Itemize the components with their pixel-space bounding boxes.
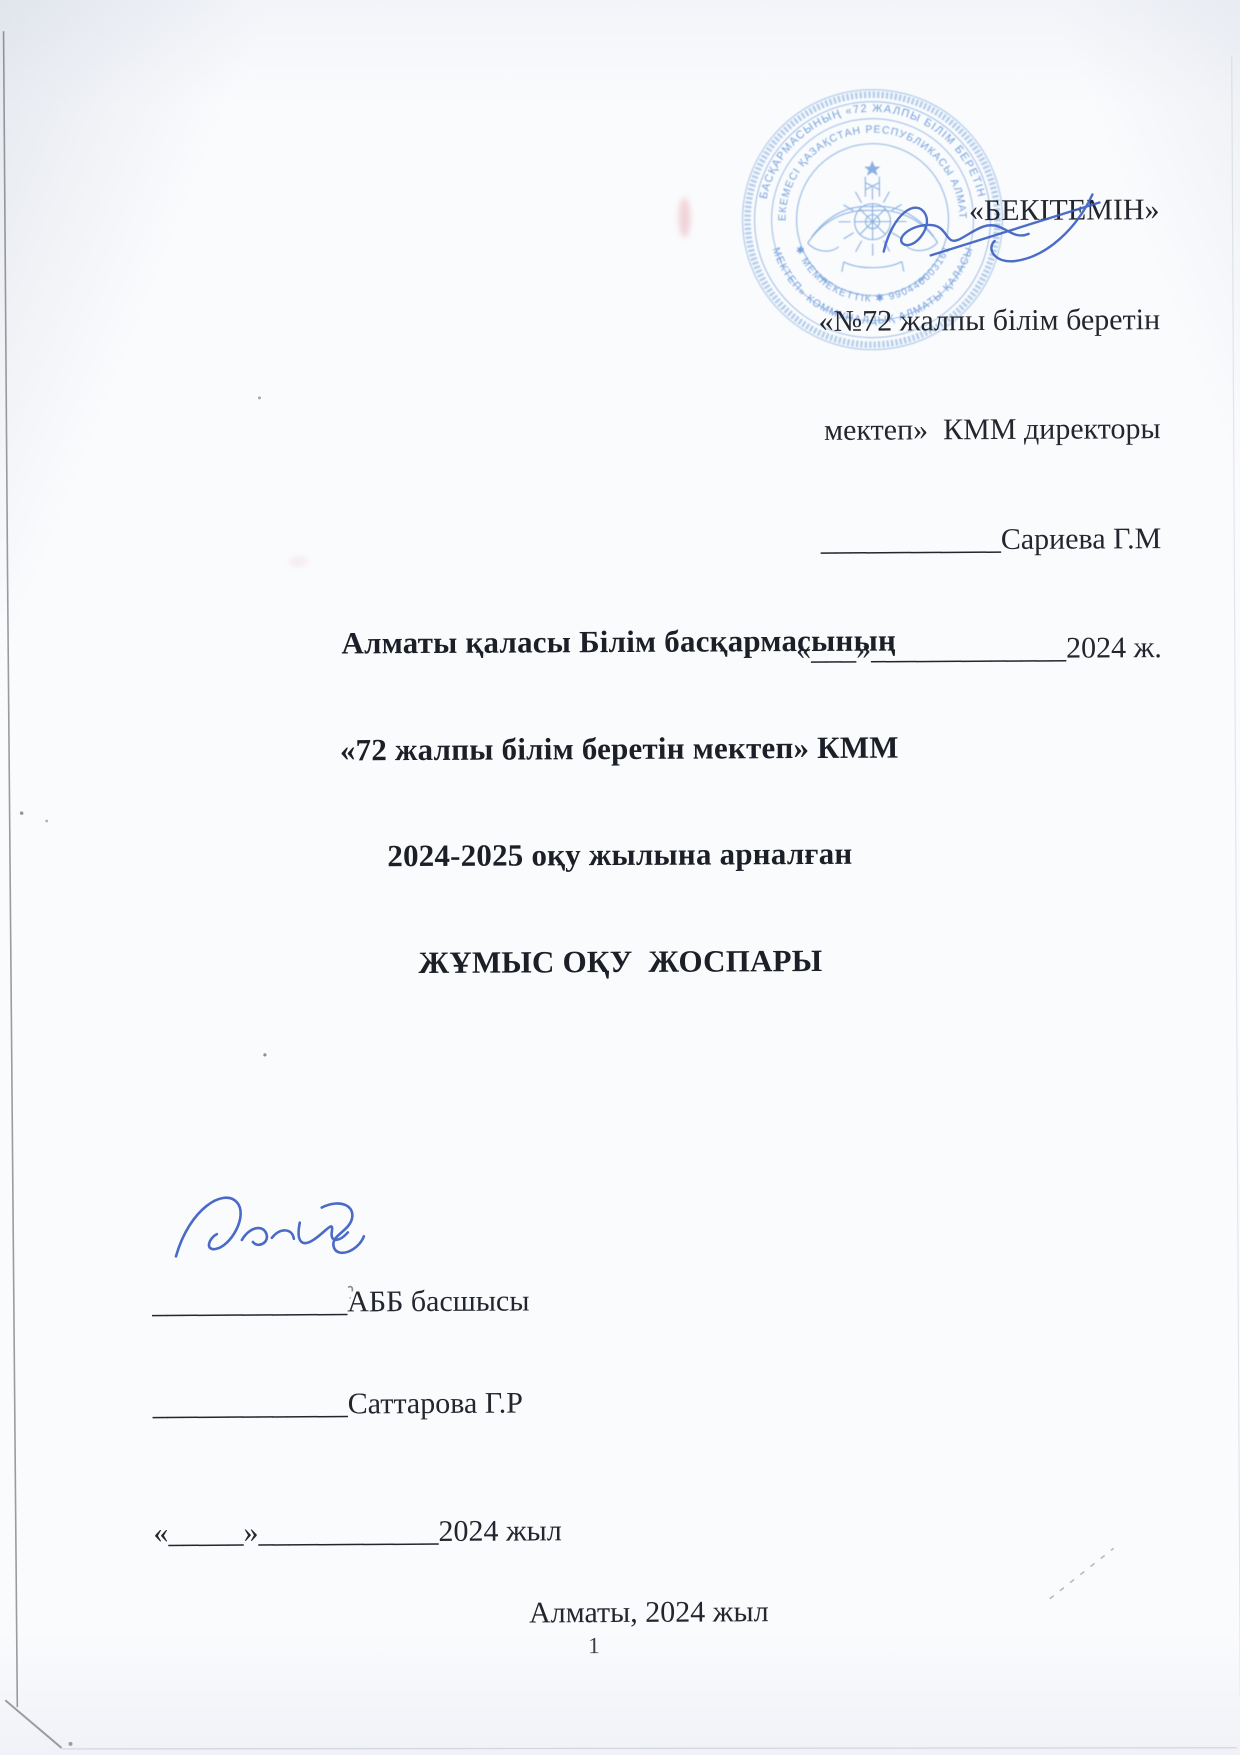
approval-line-approve: «БЕКІТЕМІН»: [794, 192, 1160, 230]
signatory-block: _____________АББ басшысы _____________Са…: [152, 1216, 562, 1618]
signatory-line-date: «_____»____________2024 жыл: [153, 1514, 562, 1550]
scanned-document-page: БАСҚАРМАСЫНЫҢ «72 ЖАЛПЫ БІЛІМ БЕРЕТІН МЕ…: [0, 0, 1240, 1755]
approval-line-school-1: «№72 жалпы білім беретін: [794, 302, 1160, 340]
title-line-2: «72 жалпы білім беретін мектеп» КММ: [0, 727, 1239, 769]
signatory-line-role: _____________АББ басшысы: [152, 1284, 561, 1320]
document-title: Алматы қаласы Білім басқармасының «72 жа…: [0, 550, 1240, 1053]
page-number: 1: [564, 1633, 624, 1659]
title-line-4: ЖҰМЫС ОҚУ ЖОСПАРЫ: [0, 940, 1240, 982]
scan-content: БАСҚАРМАСЫНЫҢ «72 ЖАЛПЫ БІЛІМ БЕРЕТІН МЕ…: [0, 0, 1240, 1755]
title-line-1: Алматы қаласы Білім басқармасының: [0, 621, 1239, 663]
footer-city-year: Алматы, 2024 жыл: [4, 1592, 1240, 1633]
signatory-line-name: _____________Саттарова Г.Р: [153, 1386, 562, 1422]
approval-line-school-2: мектеп» КММ директоры: [795, 411, 1161, 449]
title-line-3: 2024-2025 оқу жылына арналған: [0, 834, 1240, 876]
